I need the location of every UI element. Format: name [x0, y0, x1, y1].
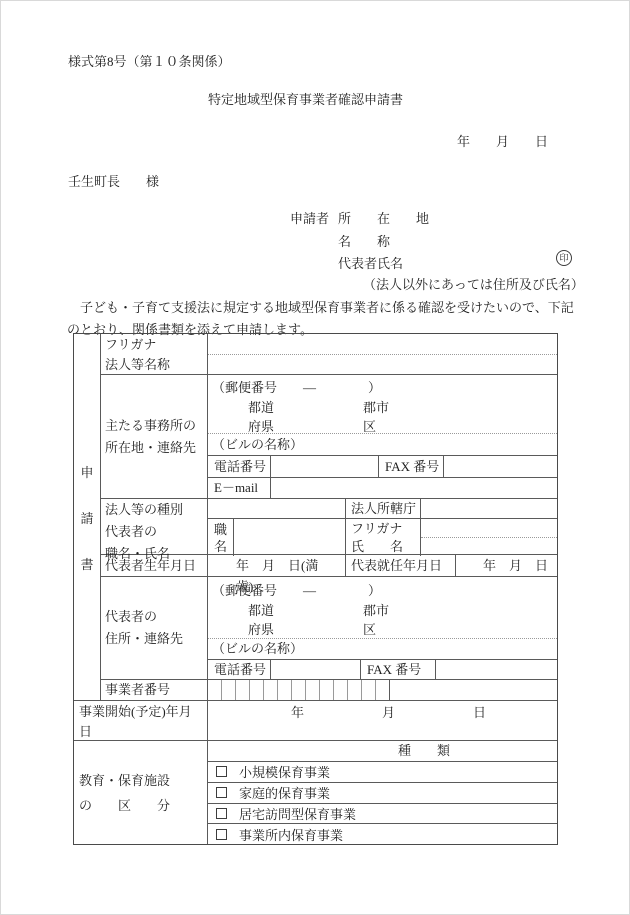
rep-fax-value-cell	[436, 660, 557, 679]
office-tel-value-cell	[271, 456, 379, 477]
rep-address-row: 代表者の 住所・連絡先 （郵便番号 ― ） 都道 郡市 府県 区 （ビルの名称）	[101, 577, 557, 680]
date-line: 年 月 日	[457, 131, 548, 150]
digit-cell	[278, 680, 292, 700]
checkbox-home-visit[interactable]	[216, 808, 227, 819]
rep-name-label: フリガナ 氏 名	[346, 519, 421, 556]
form-number: 様式第8号（第１０条関係）	[68, 51, 231, 70]
corp-type-rep-name-row: 法人等の種別 代表者の 職名・氏名 法人所轄庁 職	[101, 499, 557, 555]
start-date-label: 事業開始(予定)年月 日	[74, 701, 208, 740]
rep-fax-label: FAX 番号	[361, 660, 436, 679]
appointment-date-value-cell: 年 月 日	[456, 555, 557, 576]
business-number-label: 事業者番号	[101, 680, 208, 700]
addressee-line: 壬生町長 様	[68, 171, 159, 190]
business-number-rest-cell	[390, 680, 557, 700]
digit-cell	[208, 680, 222, 700]
dotted-divider	[421, 537, 557, 538]
corp-type-rep-name-label: 法人等の種別 代表者の 職名・氏名	[101, 499, 208, 554]
page-title: 特定地域型保育事業者確認申請書	[208, 89, 403, 108]
applicant-section: 申 請 書 フリガナ 法人等名称 主	[74, 334, 557, 701]
digit-cell	[250, 680, 264, 700]
corp-type-value-cell	[208, 499, 346, 518]
office-tel-label: 電話番号	[208, 456, 271, 477]
rep-title-value-cell	[234, 519, 346, 556]
start-date-value-cell: 年 月 日	[208, 701, 557, 740]
office-address-label: 主たる事務所の 所在地・連絡先	[101, 375, 208, 498]
rep-name-value-row: 職 名 フリガナ 氏 名	[208, 519, 557, 556]
rep-name-value-cell	[421, 519, 557, 556]
side-vertical-label: 申 請 書	[74, 334, 101, 700]
digit-cell	[348, 680, 362, 700]
office-address-value-cell: （郵便番号 ― ） 都道 郡市 府県 区	[208, 375, 557, 434]
applicant-label: 申請者	[290, 208, 329, 227]
postal-code-label: （郵便番号 ― ）	[212, 377, 381, 396]
digit-cell	[306, 680, 320, 700]
applicant-name-label: 名 称	[338, 231, 390, 250]
digit-cell	[292, 680, 306, 700]
digit-cell	[222, 680, 236, 700]
applicant-address-label: 所 在 地	[338, 208, 429, 227]
digit-cell	[320, 680, 334, 700]
rep-birthdate-row: 代表者生年月日 年 月 日(満 歳) 代表就任年月日 年 月 日	[101, 555, 557, 577]
application-table: 申 請 書 フリガナ 法人等名称 主	[73, 333, 558, 845]
digit-cell	[264, 680, 278, 700]
business-number-digit-cells	[208, 680, 557, 700]
category-item-home-based: 家庭的保育事業	[208, 783, 557, 804]
corporate-name-row: フリガナ 法人等名称	[101, 334, 557, 375]
body-text-line1: 子ども・子育て支援法に規定する地域型保育事業者に係る確認を受けたいので、下記	[67, 297, 574, 316]
applicant-note: （法人以外にあっては住所及び氏名）	[363, 274, 584, 293]
office-phone-row: 電話番号 FAX 番号	[208, 456, 557, 478]
category-type-header: 種 類	[208, 741, 557, 762]
rep-title-label: 職 名	[208, 519, 234, 556]
rep-birthdate-value-cell: 年 月 日(満 歳)	[208, 555, 346, 576]
facility-category-row: 教育・保育施設 の 区 分 種 類 小規模保育事業 家庭的保育事業 居宅訪問型保…	[74, 741, 557, 844]
dotted-divider	[208, 354, 557, 355]
digit-cell	[236, 680, 250, 700]
seal-mark-icon: 印	[556, 250, 572, 266]
facility-category-label: 教育・保育施設 の 区 分	[74, 741, 208, 844]
checkbox-workplace[interactable]	[216, 829, 227, 840]
start-date-row: 事業開始(予定)年月 日 年 月 日	[74, 701, 557, 741]
office-address-row: 主たる事務所の 所在地・連絡先 （郵便番号 ― ） 都道 郡市 府県 区 （ビル…	[101, 375, 557, 499]
business-number-row: 事業者番号	[101, 680, 557, 700]
jurisdiction-label: 法人所轄庁	[346, 499, 421, 518]
checkbox-small-scale[interactable]	[216, 766, 227, 777]
checkbox-home-based[interactable]	[216, 787, 227, 798]
postal-code-label: （郵便番号 ― ）	[212, 580, 381, 599]
office-email-value-cell	[271, 478, 557, 498]
jurisdiction-value-cell	[421, 499, 557, 518]
office-building-name-cell: （ビルの名称）	[208, 434, 557, 456]
corp-type-value-row: 法人所轄庁	[208, 499, 557, 519]
rep-tel-label: 電話番号	[208, 660, 271, 679]
corporate-name-value-cell	[208, 334, 557, 374]
office-fax-value-cell	[444, 456, 557, 477]
category-item-small-scale: 小規模保育事業	[208, 762, 557, 783]
category-item-home-visit: 居宅訪問型保育事業	[208, 804, 557, 825]
rep-address-value-cell: （郵便番号 ― ） 都道 郡市 府県 区	[208, 577, 557, 639]
category-item-workplace: 事業所内保育事業	[208, 824, 557, 844]
application-form-document: 様式第8号（第１０条関係） 特定地域型保育事業者確認申請書 年 月 日 壬生町長…	[0, 0, 630, 915]
office-fax-label: FAX 番号	[379, 456, 444, 477]
rep-tel-value-cell	[271, 660, 361, 679]
rep-phone-row: 電話番号 FAX 番号	[208, 660, 557, 679]
rep-building-name-cell: （ビルの名称）	[208, 639, 557, 660]
applicant-rep-name-label: 代表者氏名	[338, 253, 403, 272]
digit-cell	[334, 680, 348, 700]
rep-birthdate-label: 代表者生年月日	[101, 555, 208, 576]
office-email-label: E－mail	[208, 478, 271, 498]
office-email-row: E－mail	[208, 478, 557, 498]
rep-address-label: 代表者の 住所・連絡先	[101, 577, 208, 679]
digit-cell	[362, 680, 376, 700]
appointment-date-label: 代表就任年月日	[346, 555, 456, 576]
digit-cell	[376, 680, 390, 700]
corporate-name-label: フリガナ 法人等名称	[101, 334, 208, 374]
